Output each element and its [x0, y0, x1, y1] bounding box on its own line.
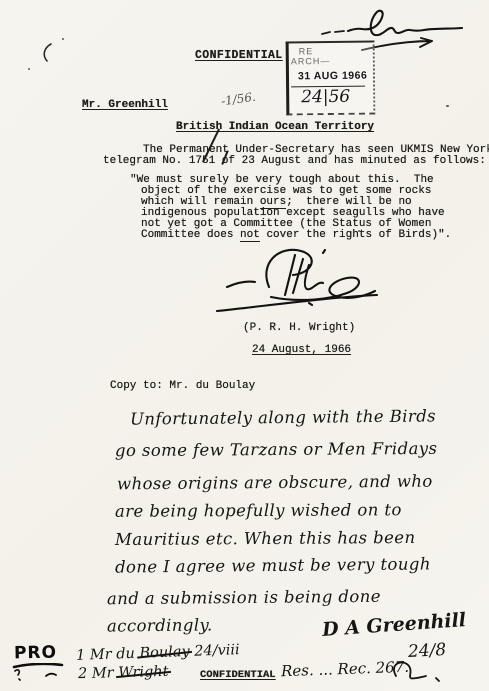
stamp-text-line2: ARCH— — [291, 56, 331, 66]
note-line: whose origins are obscure, and who — [117, 472, 433, 494]
scan-speck — [28, 68, 30, 70]
scan-speck — [446, 105, 449, 107]
pen-tick-mark — [38, 42, 56, 64]
note-line: done I agree we must be very tough — [115, 554, 431, 576]
stamp-file-reference: 24|56 — [301, 87, 350, 108]
note-line: are being hopefully wished on to — [115, 500, 402, 521]
minute-date: 24 August, 1966 — [252, 345, 351, 356]
note-line: Mauritius etc. When this has been — [115, 528, 416, 549]
copy-to-line: Copy to: Mr. du Boulay — [110, 381, 255, 392]
routing-text: 1 Mr du — [76, 646, 140, 664]
quote-text: Committee does — [141, 229, 240, 241]
greenhill-signature: D A Greenhill — [321, 609, 466, 641]
handwritten-file-ref: -1/56. — [220, 90, 256, 109]
quote-line: Committee does not cover the rights of B… — [141, 230, 451, 241]
note-line: accordingly. — [107, 615, 213, 635]
quote-text: cover the rights of Birds)". — [260, 229, 451, 241]
registry-date-stamp: RE ARCH— 31 AUG 1966 24|56 — [286, 41, 376, 116]
note-line: go some few Tarzans or Men Fridays — [115, 439, 437, 460]
pro-stamp-underline — [12, 663, 68, 681]
stamp-text-line1: RE — [299, 46, 314, 56]
body-paragraph-line2: telegram No. 1751 of 23 August and has m… — [103, 156, 486, 167]
bottom-scrawl-flourish — [276, 658, 446, 686]
routing-text: 24/viii — [189, 642, 240, 660]
note-line: and a submission is being done — [107, 587, 381, 608]
scanned-memo-page: CONFIDENTIAL RE ARCH— 31 AUG 1966 24|56 … — [0, 0, 489, 691]
addressee: Mr. Greenhill — [82, 100, 168, 111]
routing-struck-text: Boulay — [139, 644, 190, 662]
routing-line: 1 Mr du Boulay 24/viii — [76, 642, 240, 664]
routing-line: 2 Mr Wright — [78, 664, 169, 682]
document-title: British Indian Ocean Territory — [176, 122, 374, 133]
quote-text-underlined: not — [240, 229, 260, 242]
pro-stamp: PRO — [14, 643, 57, 664]
scan-speck — [62, 38, 64, 40]
routing-text: 2 Mr — [78, 665, 119, 682]
note-line: Unfortunately along with the Birds — [130, 406, 436, 428]
classification-banner-bottom: CONFIDENTIAL — [200, 670, 276, 681]
wright-signature-scribble — [213, 243, 383, 321]
stamp-date: 31 AUG 1966 — [298, 70, 367, 83]
signatory-name: (P. R. H. Wright) — [243, 323, 355, 334]
classification-banner: CONFIDENTIAL — [195, 51, 283, 62]
routing-struck-text: Wright — [118, 664, 169, 681]
